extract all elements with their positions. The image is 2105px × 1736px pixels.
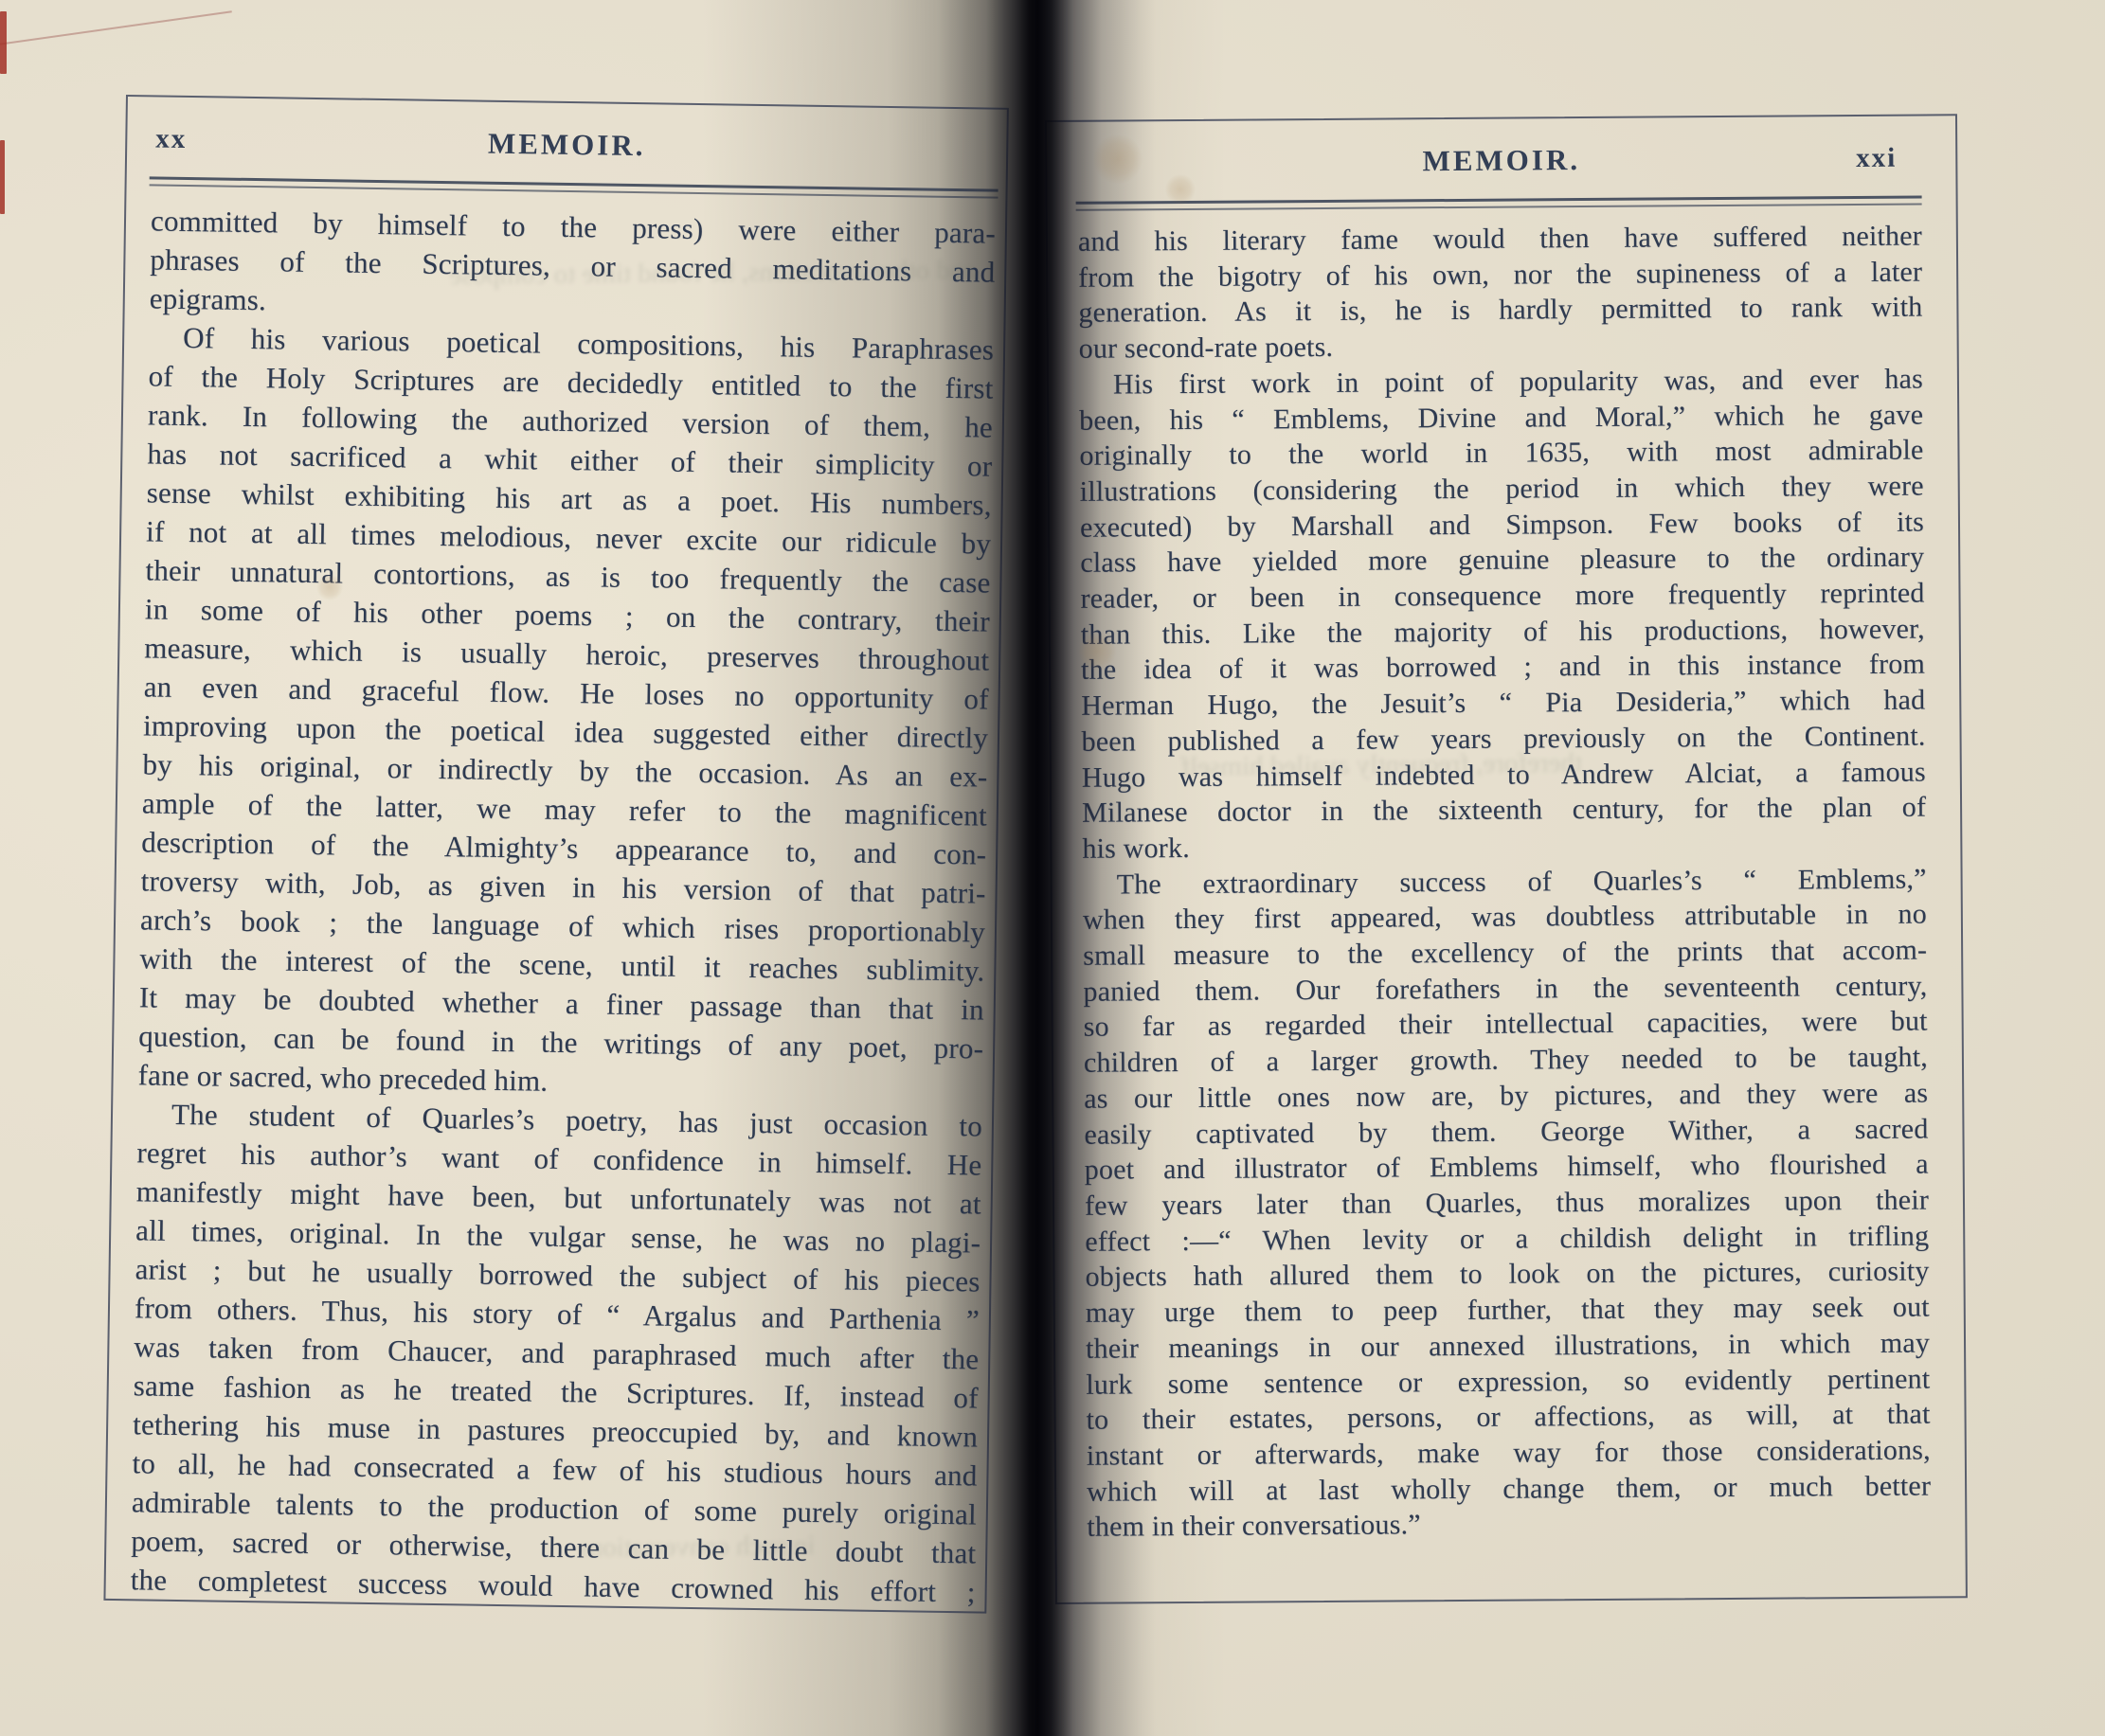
text-line: children of a larger growth. They needed… <box>1084 1040 1928 1082</box>
text-line: his work. <box>1082 825 1926 867</box>
text-line: them in their conversatious.” <box>1087 1504 1931 1546</box>
text-line: from the bigotry of his own, nor the sup… <box>1078 254 1922 295</box>
text-line: small measure to the excellency of the p… <box>1083 933 1927 975</box>
text-line: executed) by Marshall and Simpson. Few b… <box>1080 504 1924 546</box>
text-line: class have yielded more genuine pleasure… <box>1080 540 1924 582</box>
text-line: The extraordinary success of Quarles’s “… <box>1083 861 1927 903</box>
text-line: their meanings in our annexed illustrati… <box>1086 1325 1930 1367</box>
text-line: may urge them to peep further, that they… <box>1086 1290 1930 1332</box>
text-line: as our little ones now are, by pictures,… <box>1084 1075 1928 1117</box>
text-line: so far as regarded their intellectual ca… <box>1084 1004 1928 1046</box>
text-line: generation. As it is, he is hardly permi… <box>1078 290 1922 331</box>
text-line: lurk some sentence or expression, so evi… <box>1086 1361 1930 1403</box>
text-line: instant or afterwards, make way for thos… <box>1087 1432 1931 1474</box>
text-line: His first work in point of popularity wa… <box>1079 361 1923 403</box>
red-edge-mark <box>0 11 7 74</box>
text-line: objects hath allured them to look on the… <box>1085 1254 1929 1296</box>
red-edge-mark <box>0 140 5 214</box>
foxing-spot <box>1165 174 1196 205</box>
text-line: Milanese doctor in the sixteenth century… <box>1082 790 1926 832</box>
ghost-showthrough-text: therefore, frequently availed himself <box>1089 747 1582 783</box>
text-line: Herman Hugo, the Jesuit’s “ Pia Desideri… <box>1081 683 1925 725</box>
text-line: when they first appeared, was doubtless … <box>1083 897 1927 939</box>
book-scan-spread: xx MEMOIR. committed by himself to the p… <box>0 0 2105 1736</box>
left-page: xx MEMOIR. committed by himself to the p… <box>103 95 1008 1614</box>
ghost-showthrough-text: and other avocations, he found time to c… <box>445 255 976 292</box>
text-line: than this. Like the majority of his prod… <box>1081 611 1925 653</box>
foxing-spot <box>316 574 343 600</box>
text-line: illustrations (considering the period in… <box>1080 468 1924 510</box>
text-line: been, his “ Emblems, Divine and Moral,” … <box>1079 397 1923 438</box>
text-line: poet and illustrator of Emblems himself,… <box>1085 1147 1929 1189</box>
left-running-title: MEMOIR. <box>127 121 1006 169</box>
text-line: to their estates, persons, or affections… <box>1086 1397 1930 1439</box>
foxing-spot <box>1093 134 1142 184</box>
ghost-showthrough-text: in such conversations <box>379 1530 815 1566</box>
foxing-spot <box>1078 633 1116 671</box>
paragraph: Of his various poetical compositions, hi… <box>137 317 994 1106</box>
paragraph: His first work in point of popularity wa… <box>1079 361 1927 867</box>
text-line: which will at last wholly change them, o… <box>1087 1468 1931 1510</box>
crease-line <box>0 10 232 48</box>
right-page-body: and his literary fame would then have su… <box>1048 205 1966 1546</box>
text-line: reader, or been in consequence more freq… <box>1080 576 1924 617</box>
paragraph: and his literary fame would then have su… <box>1078 219 1923 367</box>
text-line: originally to the world in 1635, with mo… <box>1079 433 1923 474</box>
text-line: easily captivated by them. George Wither… <box>1084 1111 1928 1153</box>
text-line: our second-rate poets. <box>1079 326 1923 367</box>
text-line: panied them. Our forefathers in the seve… <box>1083 968 1927 1010</box>
right-page-number: xxi <box>1856 143 1897 174</box>
paragraph: The extraordinary success of Quarles’s “… <box>1083 861 1932 1546</box>
right-page: MEMOIR. xxi and his literary fame would … <box>1045 114 1968 1604</box>
text-line: effect :—“ When levity or a childish del… <box>1085 1218 1929 1260</box>
text-line: the idea of it was borrowed ; and in thi… <box>1081 647 1925 689</box>
left-page-header: xx MEMOIR. <box>127 97 1007 180</box>
text-line: few years later than Quarles, thus moral… <box>1085 1182 1929 1224</box>
left-page-body: committed by himself to the press) were … <box>105 186 1005 1612</box>
text-line: and his literary fame would then have su… <box>1078 219 1922 260</box>
